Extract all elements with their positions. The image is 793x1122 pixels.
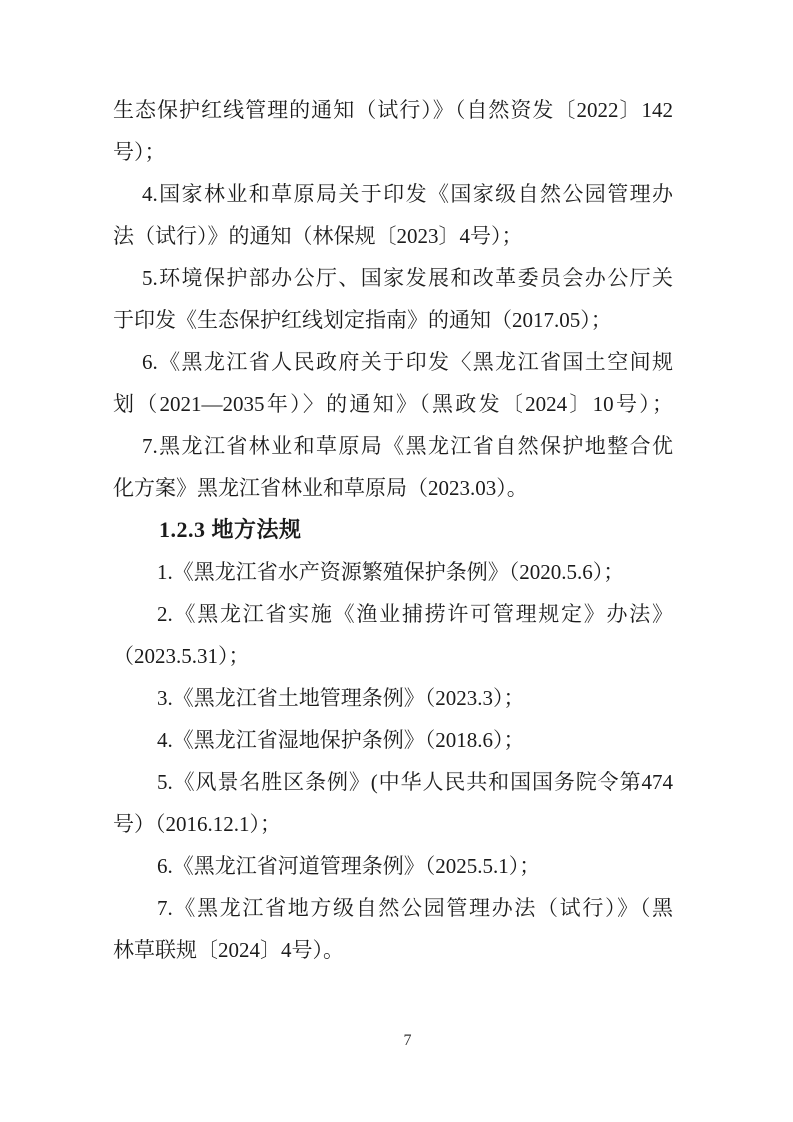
- document-line: 7.《黑龙江省地方级自然公园管理办法（试行）》（黑: [113, 887, 673, 929]
- document-line: 4.《黑龙江省湿地保护条例》（2018.6）；: [113, 719, 673, 761]
- document-line: 4.国家林业和草原局关于印发《国家级自然公园管理办: [113, 173, 673, 215]
- document-page: 生态保护红线管理的通知（试行）》（自然资发〔2022〕142 号）； 4.国家林…: [0, 0, 793, 1122]
- document-line: 法（试行）》的通知（林保规〔2023〕4号）；: [113, 215, 673, 257]
- document-line: 5.《风景名胜区条例》(中华人民共和国国务院令第474: [113, 761, 673, 803]
- document-line: 林草联规〔2024〕4号）。: [113, 929, 673, 971]
- document-line: 1.《黑龙江省水产资源繁殖保护条例》（2020.5.6）；: [113, 551, 673, 593]
- document-line: 划（2021—2035年）〉的通知》（黑政发〔2024〕10号）；: [113, 383, 673, 425]
- document-line: 号）（2016.12.1）；: [113, 803, 673, 845]
- document-line: 7.黑龙江省林业和草原局《黑龙江省自然保护地整合优: [113, 425, 673, 467]
- document-line: 于印发《生态保护红线划定指南》的通知（2017.05）；: [113, 299, 673, 341]
- document-line: 号）；: [113, 131, 673, 173]
- document-text-block: 生态保护红线管理的通知（试行）》（自然资发〔2022〕142 号）； 4.国家林…: [113, 89, 673, 971]
- document-line: 生态保护红线管理的通知（试行）》（自然资发〔2022〕142: [113, 89, 673, 131]
- document-line: 3.《黑龙江省土地管理条例》（2023.3）；: [113, 677, 673, 719]
- section-heading: 1.2.3 地方法规: [113, 509, 673, 551]
- document-line: （2023.5.31）；: [113, 635, 673, 677]
- document-line: 6.《黑龙江省人民政府关于印发〈黑龙江省国土空间规: [113, 341, 673, 383]
- page-number: 7: [11, 1030, 793, 1052]
- document-line: 6.《黑龙江省河道管理条例》（2025.5.1）；: [113, 845, 673, 887]
- document-line: 5.环境保护部办公厅、国家发展和改革委员会办公厅关: [113, 257, 673, 299]
- document-line: 化方案》黑龙江省林业和草原局（2023.03）。: [113, 467, 673, 509]
- document-line: 2.《黑龙江省实施《渔业捕捞许可管理规定》办法》: [113, 593, 673, 635]
